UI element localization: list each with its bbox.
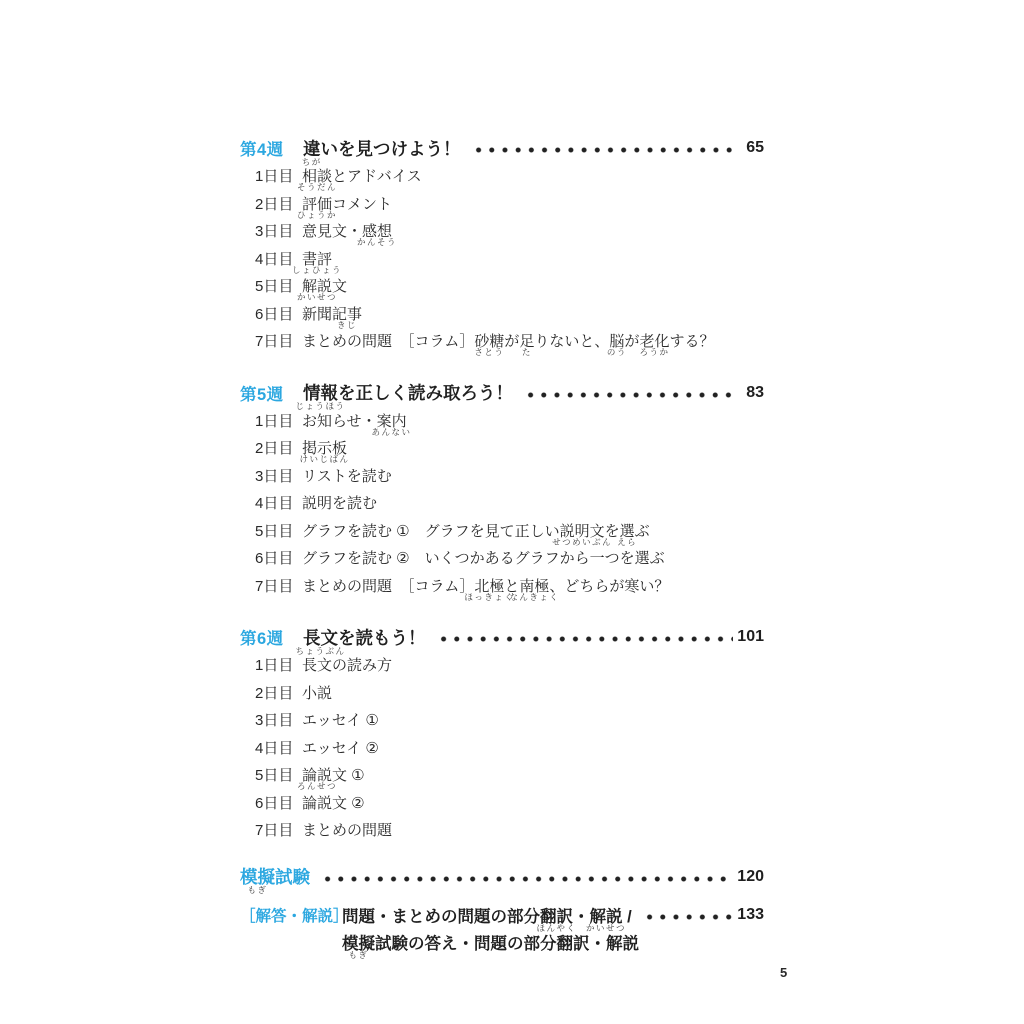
section-title: 長文ちょうぶんを読もう！ [303,625,426,650]
day-row: 5日目グラフを読む ① グラフを見て正しい説明文せつめいぶんを選えらぶ [240,517,764,545]
day-label: 1日目 [255,410,302,431]
text-run: が [504,333,519,350]
ruby-text: 長文ちょうぶん [303,625,338,650]
section-header-row: 第5週情報じょうほうを正しく読み取ろう！83 [240,379,764,407]
text-run: 、どちらが寒い？ [549,578,669,595]
page-number: 5 [780,965,787,980]
text-run: お知らせ・ [302,413,377,430]
day-row: 1日目お知らせ・案内あんない [240,407,764,435]
day-row: 7日目まとめの問題 [240,816,764,844]
day-label: 6日目 [255,792,302,813]
day-title: 小説 [302,682,332,703]
ruby-text: 論説ろんせつ [302,764,332,785]
ruby-base: 長文 [303,628,338,648]
answers-label: ［解答・解説］ [240,904,342,926]
text-run: とアドバイス [332,168,422,185]
furigana: ほっきょく [464,593,514,602]
day-row: 1日目相談そうだんとアドバイス [240,162,764,190]
text-run: 意見文・ [302,223,362,240]
mock-exam-row: 模擬もぎ試験120 [240,863,764,891]
ruby-text: 解説かいせつ [590,903,623,927]
day-label: 2日目 [255,682,302,703]
day-label: 3日目 [255,465,302,486]
day-label: 2日目 [255,437,302,458]
ruby-text: 案内あんない [377,410,407,431]
answers-title-line2: 模擬もぎ試験の答え・問題の部分翻訳・解説 [342,930,639,954]
text-run: グラフを読む ① グラフを見て正しい [302,523,560,540]
answers-row: ［解答・解説］問題・まとめの問題の部分翻訳ほんやく・解説かいせつ /133 [240,901,764,929]
text-run: 試験の答え・問題の部分翻訳・解説 [375,935,639,953]
section-header-row: 第4週違ちがいを見つけよう！65 [240,134,764,162]
text-run: を読もう！ [338,628,426,648]
day-label: 7日目 [255,330,302,351]
text-run: グラフを読む ② いくつかあるグラフから一つを選ぶ [302,550,665,567]
text-run: エッセイ ① [302,712,379,729]
day-title: 新聞記事きじ [302,303,362,324]
ruby-text: 解説かいせつ [302,275,332,296]
day-row: 1日目長文の読み方 [240,651,764,679]
ruby-text: 模擬もぎ [342,930,375,954]
day-row: 2日目小説 [240,679,764,707]
text-run: 問題・まとめの問題の部分 [342,908,540,926]
day-title: 長文の読み方 [302,654,392,675]
dot-leader [319,876,733,882]
ruby-text: 違ちが [303,136,321,161]
ruby-text: 足た [519,330,534,351]
day-label: 1日目 [255,654,302,675]
day-row: 5日目論説ろんせつ文 ① [240,761,764,789]
dot-leader [470,147,735,153]
ruby-text: 北極ほっきょく [474,575,504,596]
day-label: 5日目 [255,764,302,785]
text-run: りないと、 [534,333,609,350]
ruby-text: 砂糖さとう [474,330,504,351]
section-page-number: 101 [737,628,764,646]
day-title: 論説ろんせつ文 ① [302,764,365,785]
day-title: 書評しょひょう [302,248,332,269]
day-title: 解説かいせつ文 [302,275,347,296]
ruby-text: 記事きじ [332,303,362,324]
table-of-contents: 第4週違ちがいを見つけよう！651日目相談そうだんとアドバイス2日目評価ひょうか… [240,134,764,956]
section-page-number: 65 [738,139,764,157]
day-row: 4日目説明を読む [240,489,764,517]
day-title: 評価ひょうかコメント [302,193,392,214]
ruby-text: 相談そうだん [302,165,332,186]
furigana: ろうか [639,348,669,357]
ruby-text: 老化ろうか [639,330,669,351]
text-run: 長文の読み方 [302,657,392,674]
furigana: なんきょく [509,593,559,602]
ruby-text: 評価ひょうか [302,193,332,214]
text-run: コメント [332,196,392,213]
day-title: 相談そうだんとアドバイス [302,165,422,186]
day-label: 7日目 [255,575,302,596]
furigana: もぎ [247,886,267,895]
text-run: 新聞 [302,306,332,323]
day-label: 1日目 [255,165,302,186]
furigana: のう [607,348,627,357]
answers-page-number: 133 [737,906,764,924]
text-run: する？ [669,333,714,350]
day-label: 4日目 [255,492,302,513]
ruby-text: 説明文せつめいぶん [560,520,605,541]
section-header-row: 第6週長文ちょうぶんを読もう！101 [240,623,764,651]
ruby-base: 情報 [303,383,338,403]
ruby-text: 選えら [620,520,635,541]
day-row: 2日目評価ひょうかコメント [240,190,764,218]
text-run: まとめの問題 ［コラム］ [302,333,474,350]
day-row: 3日目意見文・感想かんそう [240,217,764,245]
day-label: 6日目 [255,303,302,324]
furigana: さとう [474,348,504,357]
text-run: を正しく読み取ろう！ [338,383,513,403]
day-row: 4日目書評しょひょう [240,245,764,273]
day-title: リストを読む [302,465,392,486]
ruby-text: 掲示板けいじばん [302,437,347,458]
day-title: まとめの問題 [302,819,392,840]
text-run: 試験 [275,867,310,887]
week-label: 第6週 [240,625,303,649]
dot-leader [435,636,734,642]
day-row: 7日目まとめの問題 ［コラム］北極ほっきょくと南極なんきょく、どちらが寒い？ [240,572,764,600]
answers-title: 問題・まとめの問題の部分翻訳ほんやく・解説かいせつ / [342,903,632,927]
ruby-base: 模擬 [240,867,275,887]
day-title: エッセイ ① [302,709,379,730]
ruby-text: 感想かんそう [362,220,392,241]
day-label: 5日目 [255,275,302,296]
dot-leader [522,392,734,398]
day-row: 5日目解説かいせつ文 [240,272,764,300]
answers-continuation-row: 模擬もぎ試験の答え・問題の部分翻訳・解説 [240,929,764,956]
text-run: いを見つけよう！ [321,139,461,159]
toc-section: 第4週違ちがいを見つけよう！651日目相談そうだんとアドバイス2日目評価ひょうか… [240,134,764,355]
ruby-text: 模擬もぎ [240,864,275,889]
week-label: 第4週 [240,136,303,160]
day-title: お知らせ・案内あんない [302,410,407,431]
section-page-number: 83 [738,384,764,402]
toc-section: 第6週長文ちょうぶんを読もう！1011日目長文の読み方2日目小説3日目エッセイ … [240,623,764,844]
furigana: もぎ [348,951,368,960]
section-title: 情報じょうほうを正しく読み取ろう！ [303,380,513,405]
day-label: 7日目 [255,819,302,840]
furigana: た [522,348,532,357]
text-run: まとめの問題 ［コラム］ [302,578,474,595]
day-row: 3日目リストを読む [240,462,764,490]
text-run: リストを読む [302,468,392,485]
mock-exam-title: 模擬もぎ試験 [240,864,310,889]
day-title: グラフを読む ② いくつかあるグラフから一つを選ぶ [302,547,665,568]
day-row: 6日目グラフを読む ② いくつかあるグラフから一つを選ぶ [240,544,764,572]
text-run: 小説 [302,685,332,702]
day-label: 4日目 [255,737,302,758]
day-row: 6日目新聞記事きじ [240,300,764,328]
day-title: グラフを読む ① グラフを見て正しい説明文せつめいぶんを選えらぶ [302,520,650,541]
ruby-text: 翻訳ほんやく [540,903,573,927]
day-row: 2日目掲示板けいじばん [240,434,764,462]
text-run: 説明を読む [302,495,377,512]
dot-leader [641,914,734,920]
section-title: 違ちがいを見つけよう！ [303,136,461,161]
week-label: 第5週 [240,381,303,405]
day-row: 6日目論説文 ② [240,789,764,817]
toc-section: 第5週情報じょうほうを正しく読み取ろう！831日目お知らせ・案内あんない2日目掲… [240,379,764,600]
ruby-text: 脳のう [609,330,624,351]
day-row: 7日目まとめの問題 ［コラム］砂糖さとうが足たりないと、脳のうが老化ろうかする？ [240,327,764,355]
mock-exam-page-number: 120 [737,868,764,886]
text-run: エッセイ ② [302,740,379,757]
day-title: エッセイ ② [302,737,379,758]
day-row: 4日目エッセイ ② [240,734,764,762]
day-label: 5日目 [255,520,302,541]
day-title: 論説文 ② [302,792,365,813]
day-label: 2日目 [255,193,302,214]
day-title: まとめの問題 ［コラム］北極ほっきょくと南極なんきょく、どちらが寒い？ [302,575,669,596]
text-run: 論説文 ② [302,795,365,812]
day-title: 説明を読む [302,492,377,513]
ruby-text: 南極なんきょく [519,575,549,596]
ruby-text: 書評しょひょう [302,248,332,269]
ruby-text: 情報じょうほう [303,380,338,405]
day-label: 3日目 [255,709,302,730]
day-label: 6日目 [255,547,302,568]
ruby-base: 違 [303,139,321,159]
day-label: 3日目 [255,220,302,241]
day-title: まとめの問題 ［コラム］砂糖さとうが足たりないと、脳のうが老化ろうかする？ [302,330,714,351]
day-title: 掲示板けいじばん [302,437,347,458]
day-title: 意見文・感想かんそう [302,220,392,241]
text-run: まとめの問題 [302,822,392,839]
day-row: 3日目エッセイ ① [240,706,764,734]
